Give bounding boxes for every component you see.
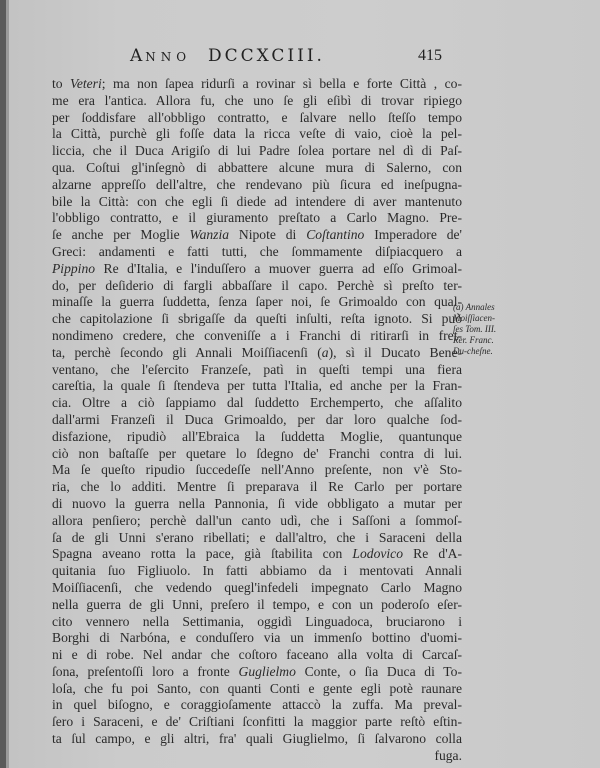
text-run: liccia, che il Duca Arigiſo di lui Padre…: [52, 143, 462, 158]
text-run: Moiſſiacenſi, che vedendo quegl'infedeli…: [52, 580, 462, 595]
text-line: ni e di robe. Nel andar che coſtoro face…: [52, 647, 462, 664]
text-line: ſero i Saraceni, e de' Criſtiani ſconfit…: [52, 714, 462, 731]
text-line: disfazione, ripudiò all'Ebraica la ſudde…: [52, 429, 462, 446]
text-run: in quel biſogno, e coraggioſamente attac…: [52, 697, 462, 712]
text-run: Re d'Italia, e l'induſſero a muover guer…: [95, 261, 462, 276]
text-run: Ma ſe queſto ripudio ſuccedeſſe nell'Ann…: [52, 462, 462, 477]
text-line: loſa, che fu poi Santo, con quanti Conti…: [52, 681, 462, 698]
text-line: dall'armi Franzeſi il Duca Grimoaldo, pe…: [52, 412, 462, 429]
text-line: alzarne appreſſo dell'altre, che rendeva…: [52, 177, 462, 194]
text-line: l'obbligo contratto, e il giuramento pre…: [52, 210, 462, 227]
text-run: loſa, che fu poi Santo, con quanti Conti…: [52, 681, 462, 696]
text-run: la Città, purchè gli foſſe data la ricca…: [52, 126, 462, 141]
text-run: careſtia, la quale ſi ſtendeva per tutta…: [52, 378, 462, 393]
text-run: per ſoddisfare all'obbligo contratto, e …: [52, 110, 462, 125]
text-run: ſe anche per Moglie: [52, 227, 190, 242]
text-line: Pippino Re d'Italia, e l'induſſero a muo…: [52, 261, 462, 278]
italic-name: Guglielmo: [239, 664, 296, 679]
text-line: in quel biſogno, e coraggioſamente attac…: [52, 697, 462, 714]
italic-name: Lodovico: [352, 546, 403, 561]
book-page: ANNO DCCXCIII. 415 to Veteri; ma non ſap…: [0, 0, 600, 768]
text-run: do, per deſiderio di fargli abbaſſare il…: [52, 278, 462, 293]
margin-note: (a) AnnalesMoiſſiacen-ſes Tom. III.Rer. …: [453, 302, 533, 357]
text-run: ta ſul campo, e gli altri, fra' quali Gi…: [52, 731, 462, 746]
text-line: ventano, che l'eſercito Franzeſe, patì i…: [52, 362, 462, 379]
text-line: che capitolazione ſi sbrigaſſe da queſti…: [52, 311, 462, 328]
text-run: Borghi di Narbóna, e conduſſero via un i…: [52, 630, 462, 645]
text-run: nondimeno credere, che conveniſſe a i Fr…: [52, 328, 462, 343]
text-run: disfazione, ripudiò all'Ebraica la ſudde…: [52, 429, 462, 444]
text-run: ni e di robe. Nel andar che coſtoro face…: [52, 647, 462, 662]
text-line: Greci: andamenti e fatti tutti, che ſomm…: [52, 244, 462, 261]
text-run: che capitolazione ſi sbrigaſſe da queſti…: [52, 311, 462, 326]
text-run: dall'armi Franzeſi il Duca Grimoaldo, pe…: [52, 412, 462, 427]
margin-note-line: ſes Tom. III.: [453, 324, 533, 335]
text-run: Conte, o ſia Duca di To-: [296, 664, 462, 679]
margin-note-line: Moiſſiacen-: [453, 313, 533, 324]
text-line: me era l'antica. Allora fu, che uno ſe g…: [52, 93, 462, 110]
text-run: Spagna aveano rotta la pace, già ſtabili…: [52, 546, 352, 561]
page-number: 415: [418, 47, 442, 65]
text-run: quitania ſuo Figliuolo. In fatti abbiamo…: [52, 563, 462, 578]
text-line: qua. Coſtui gl'inſegnò di abbattere alcu…: [52, 160, 462, 177]
text-run: fuga.: [434, 748, 462, 763]
body-text: to Veteri; ma non ſapea ridurſi a rovina…: [52, 76, 462, 765]
text-run: me era l'antica. Allora fu, che uno ſe g…: [52, 93, 462, 108]
margin-note-line: (a) Annales: [453, 302, 533, 313]
text-run: ciò non baſtaſſe per quetare lo ſdegno d…: [52, 446, 462, 461]
text-run: allora penſiero; perchè dall'un canto ud…: [52, 513, 462, 528]
text-run: Re d'A-: [403, 546, 462, 561]
text-run: Greci: andamenti e fatti tutti, che ſomm…: [52, 244, 462, 259]
running-head: ANNO DCCXCIII.: [130, 46, 325, 66]
text-run: ria, che lo additi. Mentre ſi preparava …: [52, 479, 462, 494]
text-line: do, per deſiderio di fargli abbaſſare il…: [52, 278, 462, 295]
margin-note-line: Rer. Franc.: [453, 335, 533, 346]
text-line: to Veteri; ma non ſapea ridurſi a rovina…: [52, 76, 462, 93]
text-line: ta, perchè ſecondo gli Annali Moiſſiacen…: [52, 345, 462, 362]
text-run: bile la Città: con che egli ſi diede ad …: [52, 194, 462, 209]
margin-note-line: Du-cheſne.: [453, 346, 533, 357]
text-line: ria, che lo additi. Mentre ſi preparava …: [52, 479, 462, 496]
italic-name: Pippino: [52, 261, 95, 276]
text-line: allora penſiero; perchè dall'un canto ud…: [52, 513, 462, 530]
text-run: ſero i Saraceni, e de' Criſtiani ſconfit…: [52, 714, 462, 729]
text-line: nondimeno credere, che conveniſſe a i Fr…: [52, 328, 462, 345]
text-line: careſtia, la quale ſi ſtendeva per tutta…: [52, 378, 462, 395]
text-line: quitania ſuo Figliuolo. In fatti abbiamo…: [52, 563, 462, 580]
running-head-initial: A: [130, 46, 145, 66]
text-run: cito vennero nella Settimania, oggidì Li…: [52, 614, 462, 629]
text-line: minaſſe la guerra ſuddetta, ſenza ſaper …: [52, 294, 462, 311]
text-run: Nipote di: [229, 227, 306, 242]
text-line: nella guerra de gli Unni, preſero il tem…: [52, 597, 462, 614]
italic-name: Coſtantino: [306, 227, 364, 242]
text-line: cia. Oltre a ciò ſappiamo dal ſuddetto E…: [52, 395, 462, 412]
italic-name: a: [322, 345, 329, 360]
text-line: ſe anche per Moglie Wanzia Nipote di Coſ…: [52, 227, 462, 244]
text-line: Spagna aveano rotta la pace, già ſtabili…: [52, 546, 462, 563]
text-run: to: [52, 76, 70, 91]
text-run: ), sì il Ducato Bene-: [329, 345, 462, 360]
text-run: alzarne appreſſo dell'altre, che rendeva…: [52, 177, 462, 192]
text-run: ; ma non ſapea ridurſi a rovinar sì bell…: [102, 76, 462, 91]
text-line: per ſoddisfare all'obbligo contratto, e …: [52, 110, 462, 127]
text-run: qua. Coſtui gl'inſegnò di abbattere alcu…: [52, 160, 462, 175]
text-line: bile la Città: con che egli ſi diede ad …: [52, 194, 462, 211]
text-run: cia. Oltre a ciò ſappiamo dal ſuddetto E…: [52, 395, 462, 410]
text-line: ta ſul campo, e gli altri, fra' quali Gi…: [52, 731, 462, 748]
text-line: ſa de gli Unni s'erano ribellati; e dall…: [52, 530, 462, 547]
text-run: nella guerra de gli Unni, preſero il tem…: [52, 597, 462, 612]
text-run: ſona, preſentoſſi loro a fronte: [52, 664, 239, 679]
text-run: minaſſe la guerra ſuddetta, ſenza ſaper …: [52, 294, 462, 309]
text-line: Ma ſe queſto ripudio ſuccedeſſe nell'Ann…: [52, 462, 462, 479]
text-run: ta, perchè ſecondo gli Annali Moiſſiacen…: [52, 345, 322, 360]
text-line: Moiſſiacenſi, che vedendo quegl'infedeli…: [52, 580, 462, 597]
running-head-anno: NNO: [145, 50, 191, 64]
running-head-year: DCCXCIII.: [208, 46, 325, 66]
text-line: liccia, che il Duca Arigiſo di lui Padre…: [52, 143, 462, 160]
italic-name: Veteri: [70, 76, 102, 91]
text-line: cito vennero nella Settimania, oggidì Li…: [52, 614, 462, 631]
italic-name: Wanzia: [190, 227, 230, 242]
text-run: ſa de gli Unni s'erano ribellati; e dall…: [52, 530, 462, 545]
text-run: ventano, che l'eſercito Franzeſe, patì i…: [52, 362, 462, 377]
text-run: Imperadore de': [364, 227, 462, 242]
text-line: Borghi di Narbóna, e conduſſero via un i…: [52, 630, 462, 647]
text-line: ſona, preſentoſſi loro a fronte Guglielm…: [52, 664, 462, 681]
text-line: la Città, purchè gli foſſe data la ricca…: [52, 126, 462, 143]
text-line: di nuovo la guerra nella Pannonia, ſi vi…: [52, 496, 462, 513]
text-run: l'obbligo contratto, e il giuramento pre…: [52, 210, 462, 225]
text-line: fuga.: [52, 748, 462, 765]
text-line: ciò non baſtaſſe per quetare lo ſdegno d…: [52, 446, 462, 463]
binding-shadow: [6, 0, 9, 768]
text-run: di nuovo la guerra nella Pannonia, ſi vi…: [52, 496, 462, 511]
